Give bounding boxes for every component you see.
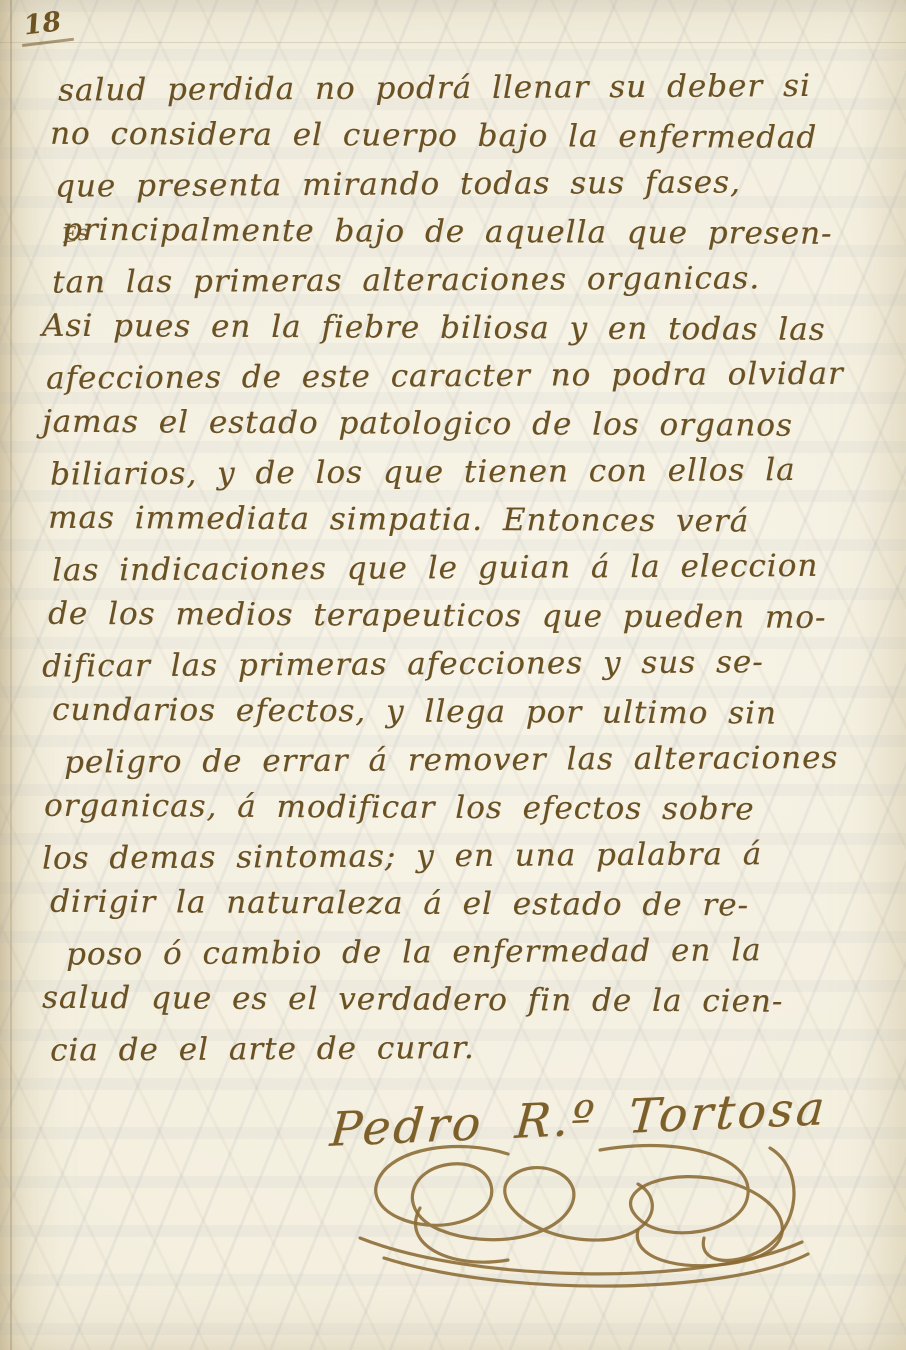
manuscript-line: salud que es el verdadero fin de la cien…	[42, 974, 906, 1027]
page-number: 18	[18, 5, 74, 47]
manuscript-text: salud perdida no podrá llenar su deber s…	[0, 64, 906, 1072]
manuscript-line: tan las primeras alteraciones organicas.	[52, 253, 906, 306]
manuscript-line: los demas sintomas; y en una palabra á	[42, 829, 906, 882]
manuscript-page: 18 Es salud perdida no podrá llenar su d…	[0, 0, 906, 1350]
manuscript-line: dirigir la naturaleza á el estado de re-	[50, 878, 906, 930]
manuscript-line: salud perdida no podrá llenar su deber s…	[58, 61, 906, 114]
manuscript-line: dificar las primeras afecciones y sus se…	[42, 637, 906, 690]
manuscript-line: que presenta mirando todas sus fases,	[55, 157, 906, 210]
manuscript-line: organicas, á modificar los efectos sobre	[44, 782, 906, 835]
manuscript-line: de los medios terapeuticos que pueden mo…	[48, 590, 906, 642]
manuscript-line: las indicaciones que le guian á la elecc…	[52, 541, 906, 594]
signature-rubric-flourish	[300, 1142, 830, 1312]
manuscript-line: cia de el arte de curar.	[50, 1021, 906, 1074]
manuscript-line: principalmente bajo de aquella que prese…	[62, 206, 906, 258]
manuscript-line: poso ó cambio de la enfermedad en la	[66, 925, 906, 978]
manuscript-line: jamas el estado patologico de los organo…	[42, 398, 906, 451]
manuscript-line: no considera el cuerpo bajo la enfermeda…	[50, 110, 906, 162]
manuscript-line: Asi pues en la fiebre biliosa y en todas…	[42, 302, 906, 355]
manuscript-line: cundarios efectos, y llega por ultimo si…	[52, 686, 906, 738]
manuscript-line: peligro de errar á remover las alteracio…	[64, 733, 906, 786]
manuscript-line: biliarios, y de los que tienen con ellos…	[50, 445, 906, 498]
manuscript-line: afecciones de este caracter no podra olv…	[46, 349, 906, 402]
signature: Pedro R.º Tortosa	[328, 1081, 829, 1158]
top-crease	[0, 42, 906, 43]
manuscript-line: mas immediata simpatia. Entonces verá	[48, 494, 906, 546]
